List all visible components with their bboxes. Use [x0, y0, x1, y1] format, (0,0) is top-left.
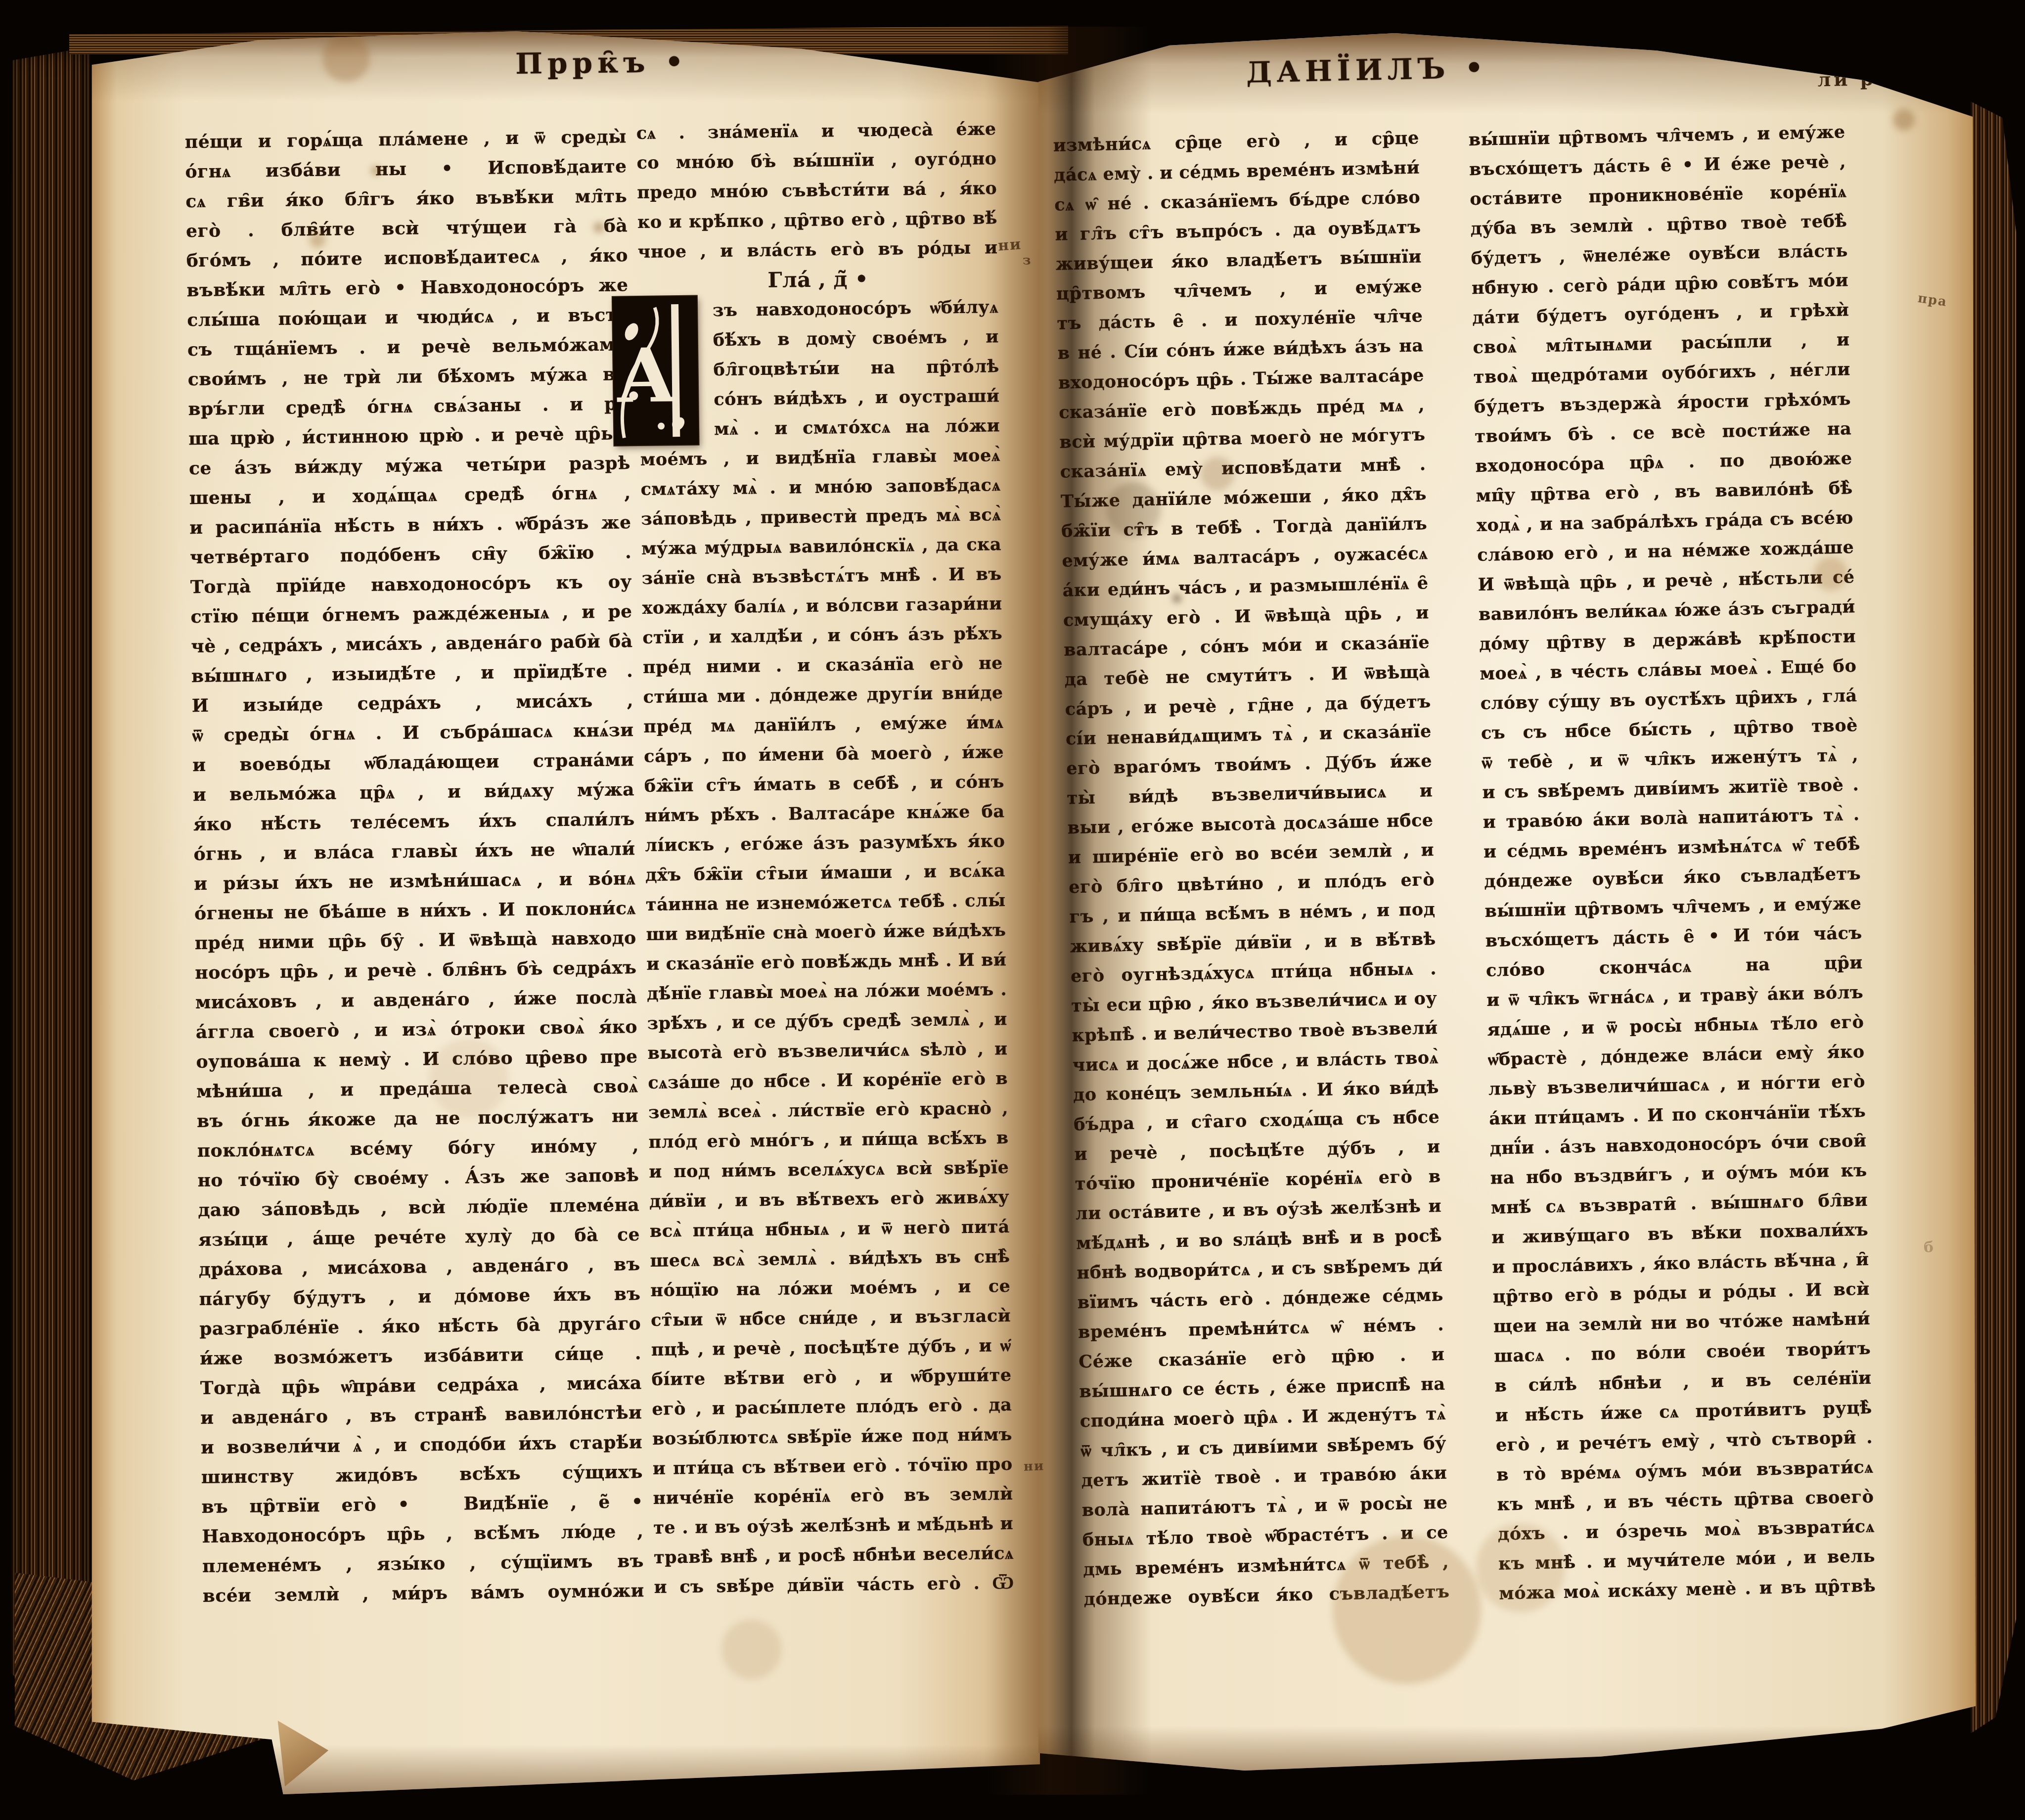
text-line: о́гнь , и вла́са главы̀ и́хъ не ѡ̑пали́ — [193, 834, 635, 869]
text-line: връ́гли средѣ̀ о́гнѧ свѧ́заны . и рѣ — [188, 389, 630, 424]
text-line: высота̀ его̀ възвеличи́сѧ ѕѣло̀ , и до — [647, 1034, 1008, 1068]
margin-note: з — [1023, 253, 1032, 268]
text-line: даю за́повѣдь , всѝ лю́дїе племе́на — [198, 1190, 640, 1225]
running-title-left: Пррк̑ъ • — [441, 44, 763, 82]
text-line: сѧ гв̑и я́ко бл̑гъ я́ко въвѣ́ки мл̑ть — [185, 181, 628, 216]
text-line: и воево́ды ѡ̑блада́ющеи страна́ми — [192, 745, 634, 780]
text-line: Тогда̀ цр̑ь ѡ̑пра́ви седра́ха , миса́ха — [200, 1368, 642, 1403]
text-line: но то́чїю бу̀ свое́му . А́зъ же заповѣ — [197, 1160, 639, 1195]
folio-number: ли рн̃г — [1817, 66, 1946, 91]
text-line: ниче́нїе коре́нїѧ его̀ въ землѝ оста́ви — [653, 1479, 1013, 1513]
text-line: ко и крѣ́пко , цр̑тво его̀ , цр̑тво вѣ́ — [637, 203, 998, 237]
text-line: его̀ . блв̑и́те всѝ чту́щеи га̀ ба̀ — [186, 211, 628, 246]
text-line: свои́мъ , не трѝ ли бѣ́хомъ му́жа въ — [187, 359, 630, 394]
text-line: зрѣ́хъ , и се ду́бъ средѣ̀ землѧ̀ , и — [647, 1004, 1007, 1039]
text-line: и возвели́чи ѧ̀ , и сподо́би и́хъ старѣ́… — [201, 1427, 643, 1462]
text-line: предо мно́ю съвѣсти́ти ва́ , я́ко вели́ — [637, 174, 997, 208]
ornamental-initial-block: А — [613, 296, 699, 446]
page-edge-stack-left — [11, 47, 90, 1724]
text-line: съ тща́нїемъ . и речѐ вельмо́жамъ — [187, 329, 630, 364]
text-line: и расипа́нїа нѣ́сть в ни́хъ . ѡ̑бра́зъ ж… — [189, 507, 631, 543]
text-line: и́же возмо́жетъ изба́вити си́це . — [200, 1338, 642, 1373]
text-line: бго́мъ , по́ите исповѣ́даитесѧ , я́ко — [186, 240, 629, 275]
text-line: и авдена́го , въ странѣ̀ вавило́нстѣи — [200, 1398, 642, 1433]
text-line: ни́мъ рѣ́хъ . Валтаса́ре кнѧ́же ба — [644, 797, 1005, 831]
text-line: пре́д мѧ данїи́лъ , ему́же и́мѧ валта — [643, 708, 1004, 742]
text-line: но́щїю на ло́жи мое́мъ , и се бъ́дрыи — [650, 1272, 1011, 1306]
text-line: въвѣ́ки мл̑ть его̀ • Навходоносо́ръ же — [186, 270, 629, 305]
text-line: ди́вїи , и въ вѣ́твехъ его̀ живѧ́ху — [649, 1183, 1010, 1217]
text-line: хожда́ху балі́ѧ , и во́лсви газари́ни — [642, 589, 1002, 623]
column-3: измѣни́сѧ ср̑це его̀ , и ср̑це ѕвѣри́нод… — [1053, 123, 1450, 1614]
initial-letter: А — [616, 332, 677, 419]
margin-note: ни — [997, 235, 1023, 254]
text-line: о́гнены не бѣа́ше в ни́хъ . И поклони́сѧ — [194, 893, 636, 928]
text-line: сти́ша ми . до́ндеже другі́и вни́де — [643, 678, 1003, 712]
text-line: а́ггла своего̀ , и изѧ̀ о́троки своѧ̀ я́… — [196, 1012, 638, 1047]
text-line: стїи , и халдѣ́и , и со́нъ а́зъ рѣ́хъ — [642, 619, 1003, 653]
text-line: па́губу бу́дутъ , и до́мове и́хъ въ — [199, 1279, 641, 1314]
text-line: шесѧ всѧ̀ землѧ̀ . ви́дѣхъ въ снѣ̀ — [650, 1242, 1010, 1276]
text-line: стїю пе́щи о́гнемъ ражде́женыѧ , и ре — [190, 596, 632, 632]
text-line: са́ръ , по и́мени ба̀ моего̀ , и́же дх̑ъ — [644, 737, 1004, 772]
text-line: вы́шнѧго , изыидѣ́те , и прїидѣ́те . — [191, 656, 633, 691]
text-line: и съ ѕвѣ́ре ди́вїи ча́сть его̀ . Ѿ чл̑къ — [654, 1568, 1014, 1602]
text-line: язы́ци , а́ще рече́те хулу̀ до ба̀ се — [198, 1220, 640, 1255]
text-line: покло́нѧтсѧ все́му бо́гу ино́му , — [197, 1131, 639, 1166]
running-title-right: ДАНЇИЛЪ • — [1218, 50, 1516, 90]
text-line: въ о́гнь я́коже да не послу́жатъ ни — [197, 1101, 639, 1136]
page-edge-stack-right — [1971, 101, 2016, 1733]
text-line: бж̑їи ст̑ъ и́мать в себѣ̀ , и со́нъ пре́ — [644, 767, 1005, 801]
chapter-heading: Гла́ , д̃ • — [638, 263, 998, 297]
text-line: за́нїе сна̀ възвѣстѧ́тъ мнѣ̀ . И въ — [641, 559, 1002, 593]
column-2: А сѧ . зна́менїѧ и чюдеса̀ е́же сътвори̑… — [636, 114, 1014, 1602]
text-line: со мно́ю бъ̀ вы́шнїи , оуго́дно бы́сть — [636, 144, 997, 178]
text-line: чѐ , седра́хъ , миса́хъ , авдена́го рабѝ… — [191, 626, 633, 661]
text-line: мое́мъ , и видѣ́нїа главы̀ моеѧ̀ — [640, 441, 1001, 475]
text-line: четве́ртаго подо́бенъ сн̑у бж̑їю . — [190, 537, 632, 572]
text-line: пре́д ними цр̑ь бу̑ . И ѿвѣща̀ навходо — [194, 923, 636, 958]
text-line: смѧта́ху мѧ̀ . и мно́ю заповѣ́дасѧ — [640, 470, 1001, 504]
text-line: пло́д его̀ мно́гъ , и пи́ща всѣ́хъ в не́… — [648, 1123, 1009, 1157]
text-line: пцѣ , и речѐ , посѣцѣ́те ду́бъ , и ѡ̑ — [651, 1331, 1011, 1365]
text-line: Навходоносо́ръ цр̑ь , всѣ́мъ лю́де , — [202, 1516, 644, 1551]
text-line: мѣни́ша , и преда́ша телеса̀ своѧ̀ — [196, 1071, 638, 1106]
text-line: его̀ , и расы́плете пло́дъ его̀ . да сѧ — [652, 1390, 1012, 1424]
text-line: племене́мъ , язы́ко , су́щїимъ въ — [202, 1546, 644, 1581]
text-line: дх̑ъ бж̑їи ст̑ыи и́маши , и всѧ́ка — [645, 856, 1006, 890]
right-page: ДАНЇИЛЪ • ли рн̃г измѣни́сѧ ср̑це его̀ ,… — [1038, 30, 1976, 1771]
text-line: оупова́ша к нему̀ . И сло́во цр̑ево пре — [196, 1042, 638, 1077]
text-line: лі́искъ , его́же а́зъ разумѣ́хъ я́ко — [645, 826, 1005, 861]
text-line: за́повѣдь , привестѝ предъ мѧ̀ всѧ̀ — [641, 500, 1001, 534]
text-line: я́ко нѣ́сть теле́семъ и́хъ спали́лъ — [193, 804, 635, 839]
text-line: чное , и вла́сть его̀ въ ро́ды и ро́ды . — [637, 233, 998, 267]
old-bible-photo: Пррк̑ъ • пе́щи и горѧ́ща пла́мене , и ѿ … — [0, 0, 2025, 1820]
woodcut-initial-icon: А — [613, 296, 699, 446]
text-line: Тогда̀ прїи́де навходоносо́ръ къ оу — [190, 567, 632, 602]
text-line: и вельмо́жа цр̑ѧ , и ви́дѧху му́жа — [193, 774, 635, 810]
text-line: дра́хова , миса́хова , авдена́го , въ — [198, 1249, 640, 1284]
right-page-content: ДАНЇИЛЪ • ли рн̃г измѣни́сѧ ср̑це его̀ ,… — [1020, 20, 1993, 1780]
text-line: му́жа му́дрыѧ вавило́нскїѧ , да ска — [641, 530, 1002, 564]
text-line: о́гнѧ изба́ви ны • Исповѣ́даите — [185, 151, 627, 186]
text-line: и пти́ца съ вѣ́твеи его̀ . то́чїю про — [652, 1450, 1013, 1484]
column-1: пе́щи и горѧ́ща пла́мене , и ѿ среды̀о́г… — [185, 122, 645, 1611]
text-line: и под ни́мъ вселѧ́хусѧ всѝ ѕвѣ́рїе — [649, 1153, 1009, 1187]
text-line: пре́д ними . и сказа́нїа его̀ не възвѣ — [643, 648, 1003, 682]
text-line: всѧ̀ пти́ца нб̑ныѧ , и ѿ него̀ пита́ — [650, 1212, 1010, 1246]
text-line: И изыи́де седра́хъ , миса́хъ , — [192, 685, 634, 721]
text-line: дѣ́нїе главы̀ моеѧ̀ на ло́жи мое́мъ . — [647, 975, 1007, 1009]
text-line: и ри́зы и́хъ не измѣни́шасѧ , и во́нѧ — [194, 864, 636, 899]
margin-note: ни — [1023, 1458, 1044, 1474]
text-line: сѧза́ше до нб̑се . И коре́нїе его̀ в кон… — [648, 1064, 1008, 1098]
text-line: пе́щи и горѧ́ща пла́мене , и ѿ среды̀ — [185, 122, 627, 157]
text-line: землѧ̀ всеѧ̀ . ли́ствїе его̀ красно̀ , — [648, 1093, 1009, 1128]
margin-note: б — [1924, 1239, 1935, 1256]
text-line: те . и въ оу́зѣ желѣ́знѣ и мѣ́дьнѣ и въ — [653, 1509, 1014, 1543]
text-line: ши видѣ́нїе сна̀ моего̀ и́же ви́дѣхъ — [646, 915, 1006, 950]
text-line: все́и землѝ , ми́ръ ва́мъ оумно́жи — [202, 1576, 644, 1611]
left-page: Пррк̑ъ • пе́щи и горѧ́ща пла́мене , и ѿ … — [88, 28, 1040, 1794]
text-line: шинству жидо́въ всѣ́хъ су́щихъ — [201, 1457, 643, 1492]
column-4: вы́шнїи цр̑твомъ чл̑чемъ , и ему́жевъсхо… — [1468, 117, 1876, 1608]
text-line: ша црю̀ , и́стинною црю̀ . и речѐ цр̑ь , — [188, 418, 630, 454]
text-line: сѧ . зна́менїѧ и чюдеса̀ е́же сътвори̑ — [636, 114, 996, 148]
text-line: травѣ̀ внѣ̀ , и росѣ̀ нб̑нѣи весели́сѧ , — [654, 1539, 1014, 1573]
text-line: миса́ховъ , и авдена́го , и́же посла̀ — [195, 982, 637, 1017]
left-page-content: Пррк̑ъ • пе́щи и горѧ́ща пла́мене , и ѿ … — [77, 22, 1050, 1800]
text-line: носо́ръ цр̑ь , и речѐ . блв̑нъ бъ̀ седра… — [195, 953, 637, 988]
text-line: и сказа́нїе его̀ повѣ́ждь мнѣ̀ . И ви́ — [646, 945, 1007, 979]
text-line: се а́зъ ви́жду му́жа четы́ри разрѣ — [189, 448, 631, 483]
text-line: возы́блютсѧ ѕвѣ́рїе и́же под ни́мъ — [652, 1420, 1013, 1454]
text-line: въ цр̑твїи его̀ • Видѣ́нїе , е̃ • — [201, 1487, 643, 1522]
text-line: слы́ша пою́щаи и чюди́сѧ , и въста̀ — [187, 300, 629, 335]
text-line: бі́ите вѣ́тви его̀ , и ѡ̑бруши́те ли́ств… — [651, 1361, 1012, 1395]
text-line: разграбле́нїе . я́ко нѣ́сть ба̀ друга́го — [199, 1309, 641, 1344]
text-line: ст̑ыи ѿ нб̑се сни́де , и възгласѝ крѣ́ — [651, 1301, 1011, 1335]
text-line: шены , и ходѧ́щаѧ средѣ̀ о́гнѧ , — [189, 478, 631, 513]
text-line: ѿ среды̀ о́гнѧ . И събра́шасѧ кнѧ́зи — [192, 715, 634, 750]
text-line: та́инна не изнемо́жетсѧ тебѣ̀ . слы́ — [645, 886, 1006, 920]
